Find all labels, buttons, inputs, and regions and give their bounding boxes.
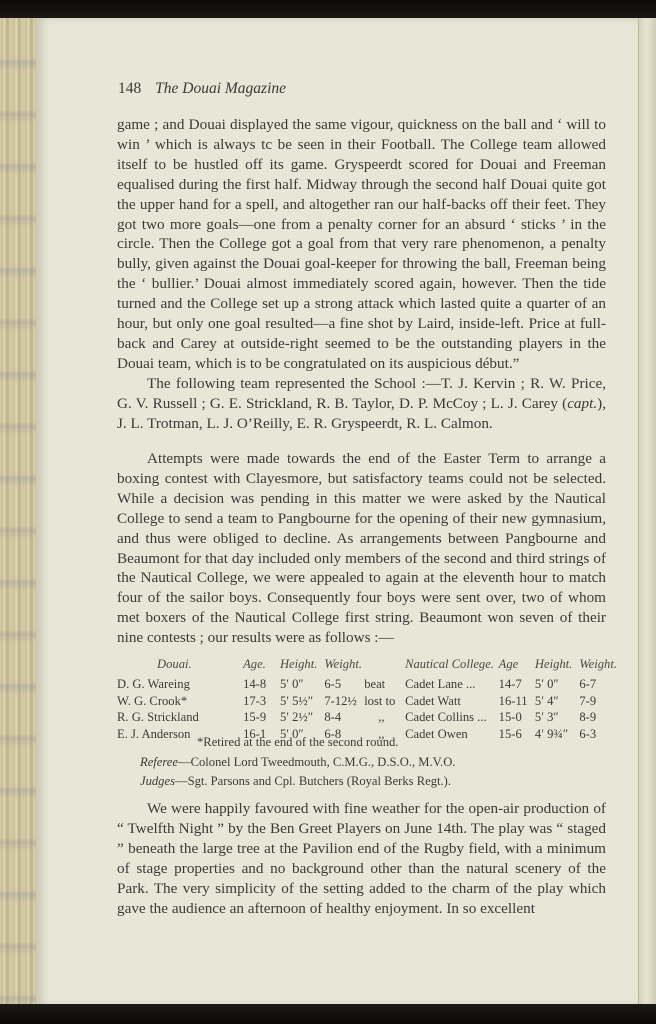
- paragraph-team-list: The following team represented the Schoo…: [117, 374, 606, 434]
- referee-line: Referee—Colonel Lord Tweedmouth, C.M.G.,…: [140, 753, 610, 773]
- page-number: 148: [118, 80, 141, 97]
- referee-text: —Colonel Lord Tweedmouth, C.M.G., D.S.O.…: [178, 755, 455, 769]
- cell-opponent: Cadet Collins ...: [405, 709, 499, 726]
- boxing-results-table: Douai. Age. Height. Weight. Nautical Col…: [117, 656, 617, 743]
- col-nc-weight: Weight.: [579, 656, 617, 676]
- cell-height: 5′ 2½″: [280, 709, 324, 726]
- cell-opp-age: 16-11: [499, 693, 535, 710]
- cell-opp-height: 5′ 0″: [535, 676, 579, 693]
- col-weight: Weight.: [324, 656, 364, 676]
- table-row: R. G. Strickland 15-9 5′ 2½″ 8-4 ,, Cade…: [117, 709, 617, 726]
- cell-boxer: W. G. Crook*: [117, 693, 243, 710]
- judges-line: Judges—Sgt. Parsons and Cpl. Butchers (R…: [140, 772, 610, 792]
- cell-opp-age: 15-0: [499, 709, 535, 726]
- judges-text: —Sgt. Parsons and Cpl. Butchers (Royal B…: [175, 774, 451, 788]
- table-row: D. G. Wareing 14-8 5′ 0″ 6-5 beat Cadet …: [117, 676, 617, 693]
- paragraph-twelfth-night: We were happily favoured with fine weath…: [117, 799, 606, 918]
- cell-opponent: Cadet Watt: [405, 693, 499, 710]
- book-gutter: [638, 18, 656, 1006]
- col-nc-height: Height.: [535, 656, 579, 676]
- cell-opp-weight: 8-9: [579, 709, 617, 726]
- paragraph-boxing: Attempts were made towards the end of th…: [117, 449, 606, 648]
- cell-height: 5′ 5½″: [280, 693, 324, 710]
- cell-opp-weight: 7-9: [579, 693, 617, 710]
- boxing-notes: *Retired at the end of the second round.…: [140, 733, 610, 792]
- scan-bottom-border: [0, 1004, 656, 1024]
- cell-opp-height: 5′ 4″: [535, 693, 579, 710]
- cell-opp-weight: 6-7: [579, 676, 617, 693]
- book-page-edges: [0, 18, 36, 1006]
- table-header-row: Douai. Age. Height. Weight. Nautical Col…: [117, 656, 617, 676]
- col-nc-age: Age: [499, 656, 535, 676]
- running-head: 148 The Douai Magazine: [118, 80, 286, 98]
- scan-top-border: [0, 0, 656, 20]
- cell-result: ,,: [364, 709, 405, 726]
- team-list-text: The following team represented the Schoo…: [117, 375, 606, 412]
- cell-weight: 7-12½: [324, 693, 364, 710]
- cell-weight: 6-5: [324, 676, 364, 693]
- col-result: [364, 656, 405, 676]
- cell-opp-age: 14-7: [499, 676, 535, 693]
- cell-opponent: Cadet Lane ...: [405, 676, 499, 693]
- cell-age: 17-3: [243, 693, 280, 710]
- boxing-report-section: Attempts were made towards the end of th…: [117, 449, 606, 648]
- col-height: Height.: [280, 656, 324, 676]
- cell-age: 14-8: [243, 676, 280, 693]
- cell-boxer: R. G. Strickland: [117, 709, 243, 726]
- col-age: Age.: [243, 656, 280, 676]
- cell-boxer: D. G. Wareing: [117, 676, 243, 693]
- cell-age: 15-9: [243, 709, 280, 726]
- cell-result: beat: [364, 676, 405, 693]
- cell-opp-height: 5′ 3″: [535, 709, 579, 726]
- judges-label: Judges: [140, 774, 175, 788]
- col-nautical-college: Nautical College.: [405, 656, 499, 676]
- col-douai: Douai.: [117, 656, 243, 676]
- hockey-report-section: game ; and Douai displayed the same vigo…: [117, 115, 606, 434]
- captain-abbrev: capt.: [567, 395, 597, 412]
- retired-footnote: *Retired at the end of the second round.: [140, 733, 610, 753]
- cell-height: 5′ 0″: [280, 676, 324, 693]
- referee-label: Referee: [140, 755, 178, 769]
- cell-weight: 8-4: [324, 709, 364, 726]
- magazine-title: The Douai Magazine: [155, 80, 286, 97]
- table-row: W. G. Crook* 17-3 5′ 5½″ 7-12½ lost to C…: [117, 693, 617, 710]
- theatre-report-section: We were happily favoured with fine weath…: [117, 799, 606, 918]
- paragraph-hockey-match: game ; and Douai displayed the same vigo…: [117, 115, 606, 374]
- cell-result: lost to: [364, 693, 405, 710]
